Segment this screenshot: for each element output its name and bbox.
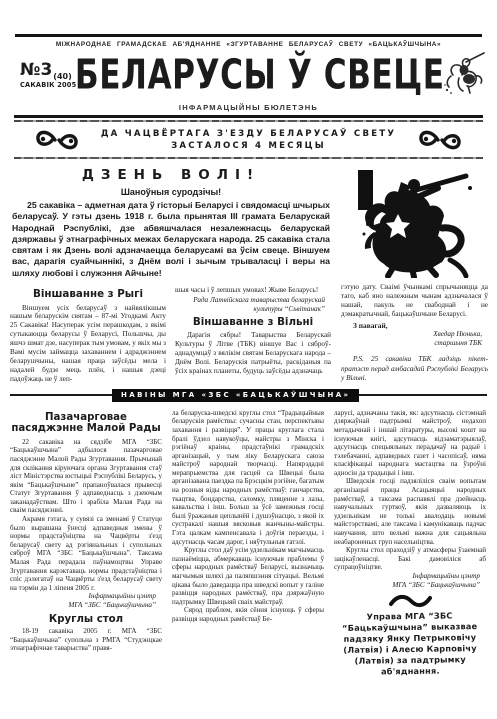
roundtable-paragraph-7: Круглы стол праходзіў у атмасферы ўзаемн… — [334, 546, 486, 572]
issue-date: САКАВІК 2005 — [20, 82, 82, 89]
issue-block: №3(40) САКАВІК 2005 — [20, 62, 82, 89]
textured-rule — [14, 120, 483, 122]
association-line: МІЖНАРОДНАЕ ГРАМАДСКАЕ АБ'ЯДНАННЕ «ЗГУРТ… — [0, 41, 497, 48]
masthead-subtitle: ІНФАРМАЦЫЙНЫ БЮЛЕТЭНЬ — [0, 103, 497, 112]
news-columns: Пазачарговае пасяджэнне Малой Рады 22 са… — [10, 409, 487, 677]
riga-body-continued: шыя часы і ў лепшых умовах! Жыве Беларус… — [175, 286, 331, 295]
floral-scroll-ornament-right — [417, 126, 463, 154]
vilnius-heading: Віншаванне з Вільні — [175, 317, 331, 329]
info-center-credit-org: МГА “ЗБС “Бацькаўшчына” — [10, 601, 162, 610]
postscript: P.S. 25 сакавіка ТБК ладзіць пікет-пратэ… — [341, 354, 488, 382]
greeting-vilnius-column: шыя часы і ў лепшых умовах! Жыве Беларус… — [175, 286, 331, 384]
masthead: №3(40) САКАВІК 2005 БЕЛАРУСЫ Ў СВЕЦЕ — [20, 49, 477, 101]
greeting-riga-column: Віншаванне з Рыгі Віншуем усіх беларусаў… — [10, 286, 166, 384]
news-section-title: НАВІНЫ МГА «ЗБС «БАЦЬКАЎШЧЫНА» — [112, 389, 359, 402]
issue-no-text: №3 — [20, 60, 52, 80]
thanks-note: Управа МГА “ЗБС “Бацькаўшчына” выказвае … — [334, 610, 487, 678]
info-center-credit: Інфармацыйны цэнтр — [10, 592, 162, 601]
info-center-credit-org-2: МГА “ЗБС “Бацькаўшчына” — [334, 581, 486, 590]
news-column-1: Пазачарговае пасяджэнне Малой Рады 22 са… — [10, 409, 162, 677]
session-paragraph-1: 22 сакавіка на сядзібе МГА “ЗБС “Бацькаў… — [10, 438, 162, 515]
roundtable-paragraph-1: 18-19 сакавіка 2005 г. МГА “ЗБС “Бацькаў… — [10, 627, 162, 653]
news-column-2: ла беларуска-шведскі круглы стол “Традыц… — [172, 409, 324, 677]
top-rule — [15, 34, 482, 37]
newspaper-page: МІЖНАРОДНАЕ ГРАМАДСКАЕ АБ'ЯДНАННЕ «ЗГУРТ… — [0, 0, 497, 719]
issue-paren: (40) — [53, 72, 71, 81]
vilnius-closing: З павагай, — [341, 321, 488, 330]
right-column: гэтую дату. Сваімі ўчынкамі спрычыняцца … — [341, 164, 488, 384]
banner-text: ДА ЧАЦВЁРТАГА З'ЕЗДУ БЕЛАРУСАЎ СВЕТУ ЗАС… — [101, 128, 396, 152]
textured-rule — [14, 157, 483, 159]
lead-article: ДЗЕНЬ ВОЛІ! Шаноўныя суродзічы! 25 сакав… — [10, 164, 332, 384]
info-center-credit-2: Інфармацыйны цэнтр — [334, 572, 486, 581]
roundtable-heading: Круглы стол — [10, 614, 162, 625]
masthead-title: БЕЛАРУСЫ Ў СВЕЦЕ — [75, 51, 445, 99]
bar-rule-right — [359, 394, 487, 396]
bar-rule-left — [10, 394, 112, 396]
riga-credit: Рада Латвійскага таварыства беларускай к… — [175, 296, 331, 314]
riga-body: Віншуем усіх беларусаў з найвялікшым наш… — [10, 304, 166, 384]
floral-scroll-ornament-left — [34, 126, 80, 154]
lead-salutation: Шаноўныя суродзічы! — [10, 187, 332, 197]
tilde-divider — [387, 593, 433, 609]
masthead-rule — [14, 115, 483, 118]
vilnius-body-continued: гэтую дату. Сваімі ўчынкамі спрычыняцца … — [341, 283, 488, 319]
lead-headline: ДЗЕНЬ ВОЛІ! — [10, 167, 332, 183]
issue-number: №3(40) — [20, 62, 82, 81]
riga-heading: Віншаванне з Рыгі — [10, 289, 166, 301]
lead-body: 25 сакавіка – адметная дата ў гісторыі Б… — [12, 200, 330, 279]
greetings-columns: Віншаванне з Рыгі Віншуем усіх беларусаў… — [10, 286, 332, 384]
roundtable-paragraph-3: Круглы стол даў усім удзельнікам магчыма… — [172, 546, 324, 606]
session-paragraph-2: Акрамя гэтага, у сувязі са зменамі ў Ста… — [10, 515, 162, 592]
roundtable-paragraph-6: Шведскія госці падзяліліся сваім вопытам… — [334, 477, 486, 546]
vilnius-body: Дарагія сябры! Таварыства Беларускай Кул… — [175, 331, 331, 376]
roundtable-paragraph-4: Сярод праблем, якія сёння існуюць ў сфер… — [172, 606, 324, 623]
roundtable-paragraph-2: ла беларуска-шведскі круглы стол “Традыц… — [172, 409, 324, 547]
pahonia-woodcut-image — [354, 168, 476, 278]
banner-line2: ЗАСТАЛОСЯ 4 МЕСЯЦЫ — [101, 140, 396, 152]
roundtable-paragraph-5: ларусі, адзначаны такія, як: адсутнасць … — [334, 409, 486, 478]
signature-name: Хведар Нюнька, — [341, 330, 488, 339]
signature-title: старшыня ТБК — [341, 339, 488, 348]
congress-banner: ДА ЧАЦВЁРТАГА З'ЕЗДУ БЕЛАРУСАЎ СВЕТУ ЗАС… — [34, 126, 463, 154]
pahonia-sketch-icon — [437, 48, 489, 103]
lead-section: ДЗЕНЬ ВОЛІ! Шаноўныя суродзічы! 25 сакав… — [10, 164, 487, 384]
news-section-bar: НАВІНЫ МГА «ЗБС «БАЦЬКАЎШЧЫНА» — [10, 389, 487, 402]
news-column-3: ларусі, адзначаны такія, як: адсутнасць … — [334, 409, 486, 677]
banner-line1: ДА ЧАЦВЁРТАГА З'ЕЗДУ БЕЛАРУСАЎ СВЕТУ — [101, 128, 396, 140]
session-heading: Пазачарговае пасяджэнне Малой Рады — [10, 412, 162, 435]
